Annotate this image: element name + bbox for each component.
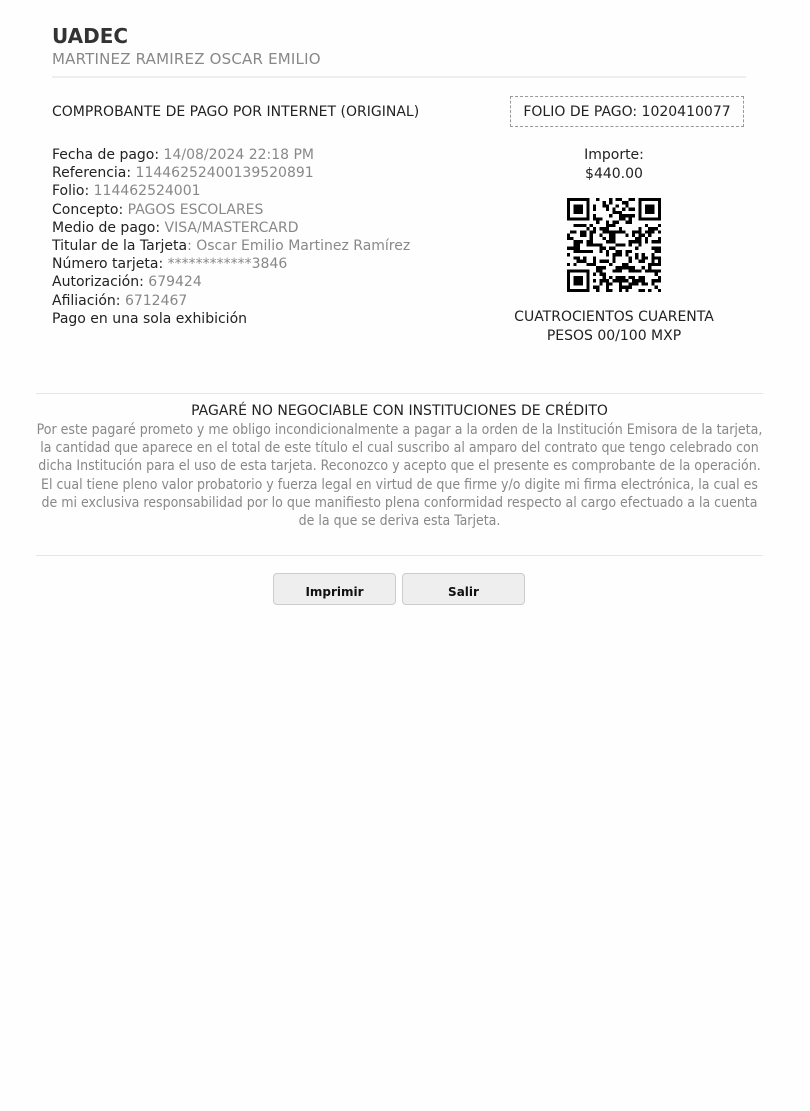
pagare-bottom-divider (36, 555, 763, 556)
detail-row-titular: Titular de la Tarjeta: Oscar Emilio Mart… (52, 237, 410, 255)
detail-row-fecha: Fecha de pago: 14/08/2024 22:18 PM (52, 146, 410, 164)
payment-details: Fecha de pago: 14/08/2024 22:18 PM Refer… (52, 146, 410, 328)
detail-row-referencia: Referencia: 11446252400139520891 (52, 164, 410, 182)
organization-name: UADEC (52, 24, 128, 48)
detail-row-exhibicion: Pago en una sola exhibición (52, 310, 410, 328)
exit-button[interactable]: Salir (402, 573, 525, 605)
folio-pago-box: FOLIO DE PAGO: 1020410077 (510, 96, 744, 127)
student-name: MARTINEZ RAMIREZ OSCAR EMILIO (52, 50, 321, 68)
pagare-text: Por este pagaré prometo y me obligo inco… (34, 421, 765, 530)
detail-row-autorizacion: Autorización: 679424 (52, 273, 410, 291)
detail-row-numero-tarjeta: Número tarjeta: ************3846 (52, 255, 410, 273)
receipt-title: COMPROBANTE DE PAGO POR INTERNET (ORIGIN… (52, 104, 419, 120)
pagare-title: PAGARÉ NO NEGOCIABLE CON INSTITUCIONES D… (36, 403, 763, 419)
detail-row-concepto: Concepto: PAGOS ESCOLARES (52, 201, 410, 219)
header-divider (52, 76, 746, 78)
qr-code-icon (567, 198, 661, 292)
detail-row-medio-pago: Medio de pago: VISA/MASTERCARD (52, 219, 410, 237)
importe-block: Importe: $440.00 (507, 146, 721, 184)
importe-label: Importe: (507, 146, 721, 165)
print-button[interactable]: Imprimir (273, 573, 396, 605)
importe-value: $440.00 (507, 165, 721, 184)
amount-in-words: CUATROCIENTOS CUARENTA PESOS 00/100 MXP (500, 308, 728, 345)
detail-row-folio: Folio: 114462524001 (52, 182, 410, 200)
pagare-top-divider (36, 393, 763, 394)
detail-row-afiliacion: Afiliación: 6712467 (52, 292, 410, 310)
